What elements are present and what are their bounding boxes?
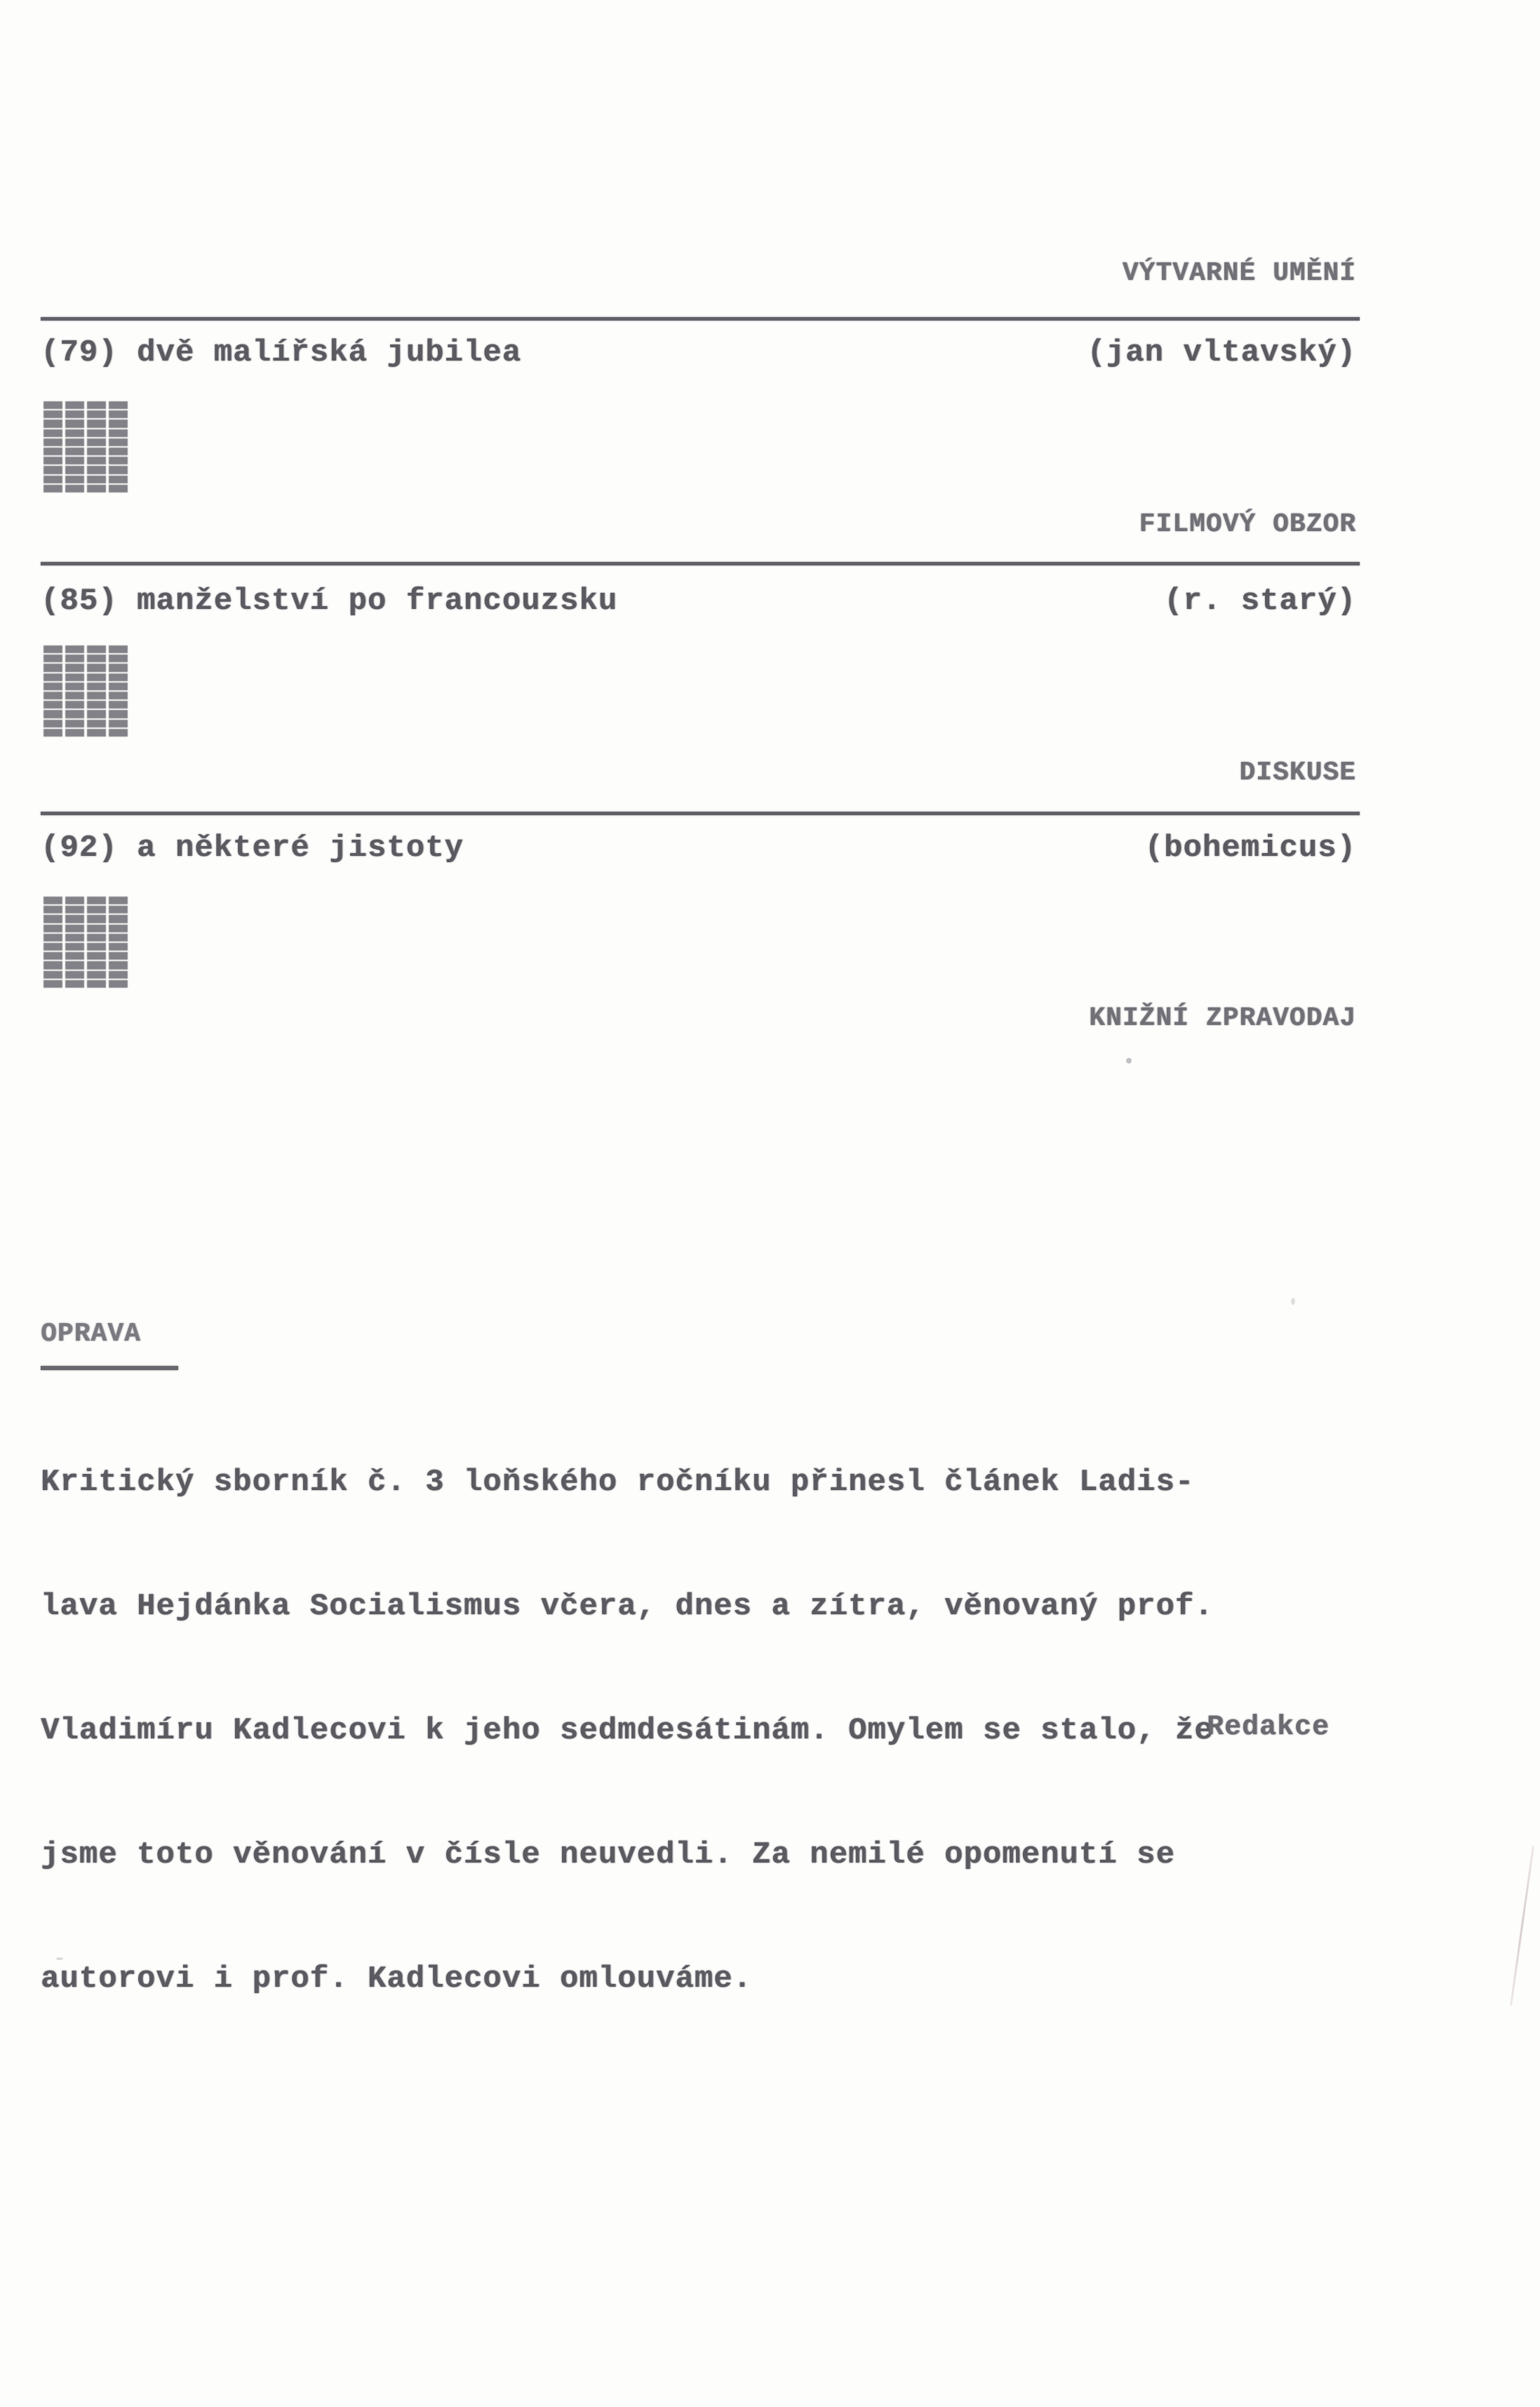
typewriter-ornament — [43, 897, 128, 988]
ornament-cell — [43, 438, 62, 446]
signature: Redakce — [1207, 1712, 1330, 1743]
ornament-cell — [87, 645, 106, 653]
ornament-cell — [43, 710, 62, 718]
ornament-cell — [65, 429, 84, 437]
ornament-cell — [87, 952, 106, 960]
ornament-cell — [65, 438, 84, 446]
ornament-cell — [109, 897, 128, 904]
ornament-cell — [109, 906, 128, 913]
ornament-cell — [43, 410, 62, 418]
article-author: (bohemicus) — [1145, 831, 1356, 866]
ornament-cell — [87, 701, 106, 709]
ornament-cell — [109, 401, 128, 409]
oprava-underline — [41, 1366, 178, 1370]
typewriter-ornament — [43, 645, 128, 737]
ornament-cell — [87, 729, 106, 737]
ornament-cell — [43, 934, 62, 941]
ornament-cell — [65, 720, 84, 728]
ornament-cell — [87, 410, 106, 418]
ornament-cell — [43, 897, 62, 904]
ornament-cell — [87, 673, 106, 681]
ornament-cell — [65, 692, 84, 699]
ornament-cell — [65, 980, 84, 988]
section-heading-filmovy-obzor: FILMOVÝ OBZOR — [1139, 509, 1356, 539]
ornament-cell — [87, 429, 106, 437]
ornament-cell — [109, 710, 128, 718]
ornament-cell — [65, 485, 84, 492]
page-number: (92) — [41, 831, 118, 866]
ornament-cell — [87, 655, 106, 662]
ornament-cell — [43, 664, 62, 671]
ornament-cell — [65, 410, 84, 418]
section-heading-knizni-zpravodaj: KNIŽNÍ ZPRAVODAJ — [1089, 1003, 1356, 1033]
ornament-cell — [109, 952, 128, 960]
ornament-cell — [43, 952, 62, 960]
article-entry: (92) a některé jistoty — [41, 831, 464, 866]
oprava-line: Vladimíru Kadlecovi k jeho sedmdesátinám… — [41, 1704, 1374, 1758]
ornament-cell — [109, 683, 128, 690]
ornament-cell — [43, 448, 62, 455]
article-title: dvě malířská jubilea — [137, 335, 521, 370]
page-number: (85) — [41, 584, 118, 619]
ornament-cell — [65, 645, 84, 653]
ornament-cell — [109, 701, 128, 709]
ornament-cell — [43, 906, 62, 913]
oprava-line: autorovi i prof. Kadlecovi omlouváme. — [41, 1952, 1374, 2006]
oprava-line: Kritický sborník č. 3 loňského ročníku p… — [41, 1456, 1374, 1510]
ornament-cell — [87, 664, 106, 671]
document-page: { "sections": [ { "heading": "VÝTVARNÉ U… — [0, 0, 1540, 2407]
ornament-cell — [65, 655, 84, 662]
oprava-body: Kritický sborník č. 3 loňského ročníku p… — [41, 1386, 1374, 2041]
ornament-cell — [65, 897, 84, 904]
ornament-cell — [43, 401, 62, 409]
ornament-cell — [109, 485, 128, 492]
ornament-cell — [65, 476, 84, 483]
ornament-cell — [87, 925, 106, 932]
ornament-cell — [109, 692, 128, 699]
ornament-cell — [109, 971, 128, 979]
ornament-cell — [43, 915, 62, 923]
ornament-cell — [65, 466, 84, 474]
ornament-cell — [43, 692, 62, 699]
ornament-cell — [109, 961, 128, 969]
ornament-cell — [87, 934, 106, 941]
ornament-cell — [109, 664, 128, 671]
ornament-cell — [65, 683, 84, 690]
section-divider — [41, 562, 1360, 565]
ornament-cell — [87, 683, 106, 690]
ornament-cell — [87, 448, 106, 455]
ornament-cell — [87, 485, 106, 492]
ornament-cell — [65, 971, 84, 979]
article-title: manželství po francouzsku — [137, 584, 617, 619]
ornament-cell — [87, 915, 106, 923]
ornament-cell — [109, 438, 128, 446]
ornament-cell — [65, 664, 84, 671]
ornament-cell — [109, 673, 128, 681]
ornament-cell — [87, 420, 106, 427]
ornament-cell — [43, 673, 62, 681]
ornament-cell — [87, 720, 106, 728]
ornament-cell — [65, 925, 84, 932]
ornament-cell — [87, 971, 106, 979]
ornament-cell — [109, 476, 128, 483]
typewriter-ornament — [43, 401, 128, 492]
section-divider — [41, 317, 1360, 321]
article-entry: (79) dvě malířská jubilea — [41, 335, 521, 370]
ornament-cell — [109, 645, 128, 653]
ornament-cell — [109, 457, 128, 464]
ornament-cell — [43, 655, 62, 662]
article-entry: (85) manželství po francouzsku — [41, 584, 617, 619]
ornament-cell — [87, 943, 106, 951]
ornament-cell — [43, 485, 62, 492]
ornament-cell — [43, 980, 62, 988]
article-author: (r. starý) — [1164, 584, 1356, 619]
ornament-cell — [43, 701, 62, 709]
ornament-cell — [43, 420, 62, 427]
ornament-cell — [65, 952, 84, 960]
ornament-cell — [87, 961, 106, 969]
ornament-cell — [109, 429, 128, 437]
article-author: (jan vltavský) — [1087, 335, 1356, 370]
ornament-cell — [65, 673, 84, 681]
ornament-cell — [65, 457, 84, 464]
ornament-cell — [109, 729, 128, 737]
ornament-cell — [43, 457, 62, 464]
ornament-cell — [43, 943, 62, 951]
article-title: a některé jistoty — [137, 831, 464, 866]
ornament-cell — [65, 943, 84, 951]
ornament-cell — [87, 897, 106, 904]
ornament-cell — [87, 980, 106, 988]
ornament-cell — [87, 692, 106, 699]
ornament-cell — [87, 906, 106, 913]
ornament-cell — [65, 710, 84, 718]
ink-speck — [1126, 1058, 1132, 1064]
ornament-cell — [43, 645, 62, 653]
page-number: (79) — [41, 335, 118, 370]
paper-edge-mark — [1510, 1846, 1534, 2006]
oprava-line: jsme toto věnování v čísle neuvedli. Za … — [41, 1828, 1374, 1882]
ornament-cell — [43, 925, 62, 932]
ornament-cell — [109, 655, 128, 662]
oprava-line: lava Hejdánka Socialismus včera, dnes a … — [41, 1580, 1374, 1634]
ornament-cell — [65, 420, 84, 427]
ornament-cell — [109, 466, 128, 474]
ornament-cell — [43, 683, 62, 690]
ornament-cell — [43, 971, 62, 979]
ink-speck — [56, 1957, 63, 1960]
ink-speck — [1291, 1298, 1295, 1305]
ornament-cell — [65, 915, 84, 923]
ornament-cell — [43, 961, 62, 969]
ornament-cell — [109, 943, 128, 951]
ornament-cell — [65, 448, 84, 455]
ornament-cell — [65, 701, 84, 709]
ornament-cell — [43, 476, 62, 483]
ornament-cell — [87, 438, 106, 446]
ornament-cell — [87, 710, 106, 718]
ornament-cell — [109, 448, 128, 455]
section-heading-diskuse: DISKUSE — [1239, 758, 1356, 788]
ornament-cell — [65, 934, 84, 941]
section-heading-vytvarne-umeni: VÝTVARNÉ UMĚNÍ — [1123, 258, 1356, 288]
ornament-cell — [87, 401, 106, 409]
ornament-cell — [109, 934, 128, 941]
ornament-cell — [65, 729, 84, 737]
ornament-cell — [87, 466, 106, 474]
ornament-cell — [109, 925, 128, 932]
ornament-cell — [43, 429, 62, 437]
ornament-cell — [43, 720, 62, 728]
section-divider — [41, 812, 1360, 815]
ornament-cell — [109, 915, 128, 923]
ornament-cell — [109, 980, 128, 988]
ornament-cell — [87, 457, 106, 464]
ornament-cell — [87, 476, 106, 483]
ornament-cell — [65, 961, 84, 969]
ornament-cell — [43, 466, 62, 474]
ornament-cell — [43, 729, 62, 737]
ornament-cell — [109, 720, 128, 728]
ornament-cell — [109, 420, 128, 427]
ornament-cell — [65, 906, 84, 913]
oprava-title: OPRAVA — [41, 1319, 141, 1349]
ornament-cell — [65, 401, 84, 409]
ornament-cell — [109, 410, 128, 418]
